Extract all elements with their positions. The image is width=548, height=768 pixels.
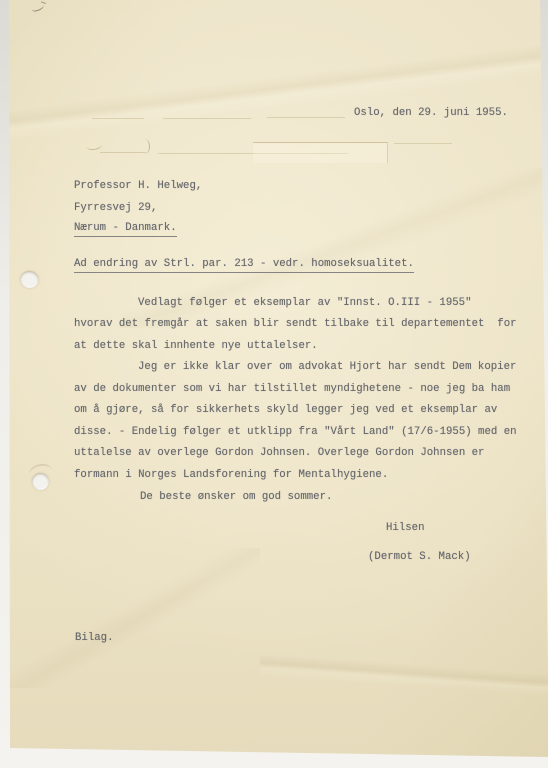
body-line: disse. - Endelig følger et utklipp fra "… bbox=[74, 426, 517, 438]
scan-background: Oslo, den 29. juni 1955. Professor H. He… bbox=[0, 0, 548, 768]
body-line: om å gjøre, så for sikkerhets skyld legg… bbox=[74, 404, 497, 416]
body-line: Jeg er ikke klar over om advokat Hjort h… bbox=[138, 361, 516, 373]
body-line: Vedlagt følger et eksemplar av "Innst. O… bbox=[138, 297, 472, 309]
subject-line: Ad endring av Strl. par. 213 - vedr. hom… bbox=[74, 258, 414, 273]
signature-line: (Dermot S. Mack) bbox=[368, 551, 471, 563]
hole-punch bbox=[32, 473, 49, 490]
closing-line: Hilsen bbox=[386, 522, 424, 534]
recipient-name: Professor H. Helweg, bbox=[74, 180, 202, 192]
body-line: at dette skal innhente nye uttalelser. bbox=[74, 340, 318, 352]
body-line: hvorav det fremgår at saken blir sendt t… bbox=[74, 318, 517, 330]
enclosure-line: Bilag. bbox=[75, 632, 113, 644]
body-line: formann i Norges Landsforening for Menta… bbox=[74, 469, 388, 481]
recipient-city: Nærum - Danmark. bbox=[74, 222, 177, 237]
body-line: De beste ønsker om god sommer. bbox=[140, 491, 332, 503]
scanned-letter-screenshot: { "colors": { "paper": "#ece3c8", "ink":… bbox=[0, 0, 548, 768]
date-line: Oslo, den 29. juni 1955. bbox=[354, 107, 508, 119]
paper-crease bbox=[0, 28, 548, 148]
paper-crease bbox=[0, 548, 260, 688]
paper-crease bbox=[260, 628, 548, 718]
body-line: av de dokumenter som vi har tilstillet m… bbox=[74, 383, 510, 395]
recipient-street: Fyrresvej 29, bbox=[74, 202, 157, 214]
body-line: uttalelse av overlege Gordon Johnsen. Ov… bbox=[74, 447, 484, 459]
